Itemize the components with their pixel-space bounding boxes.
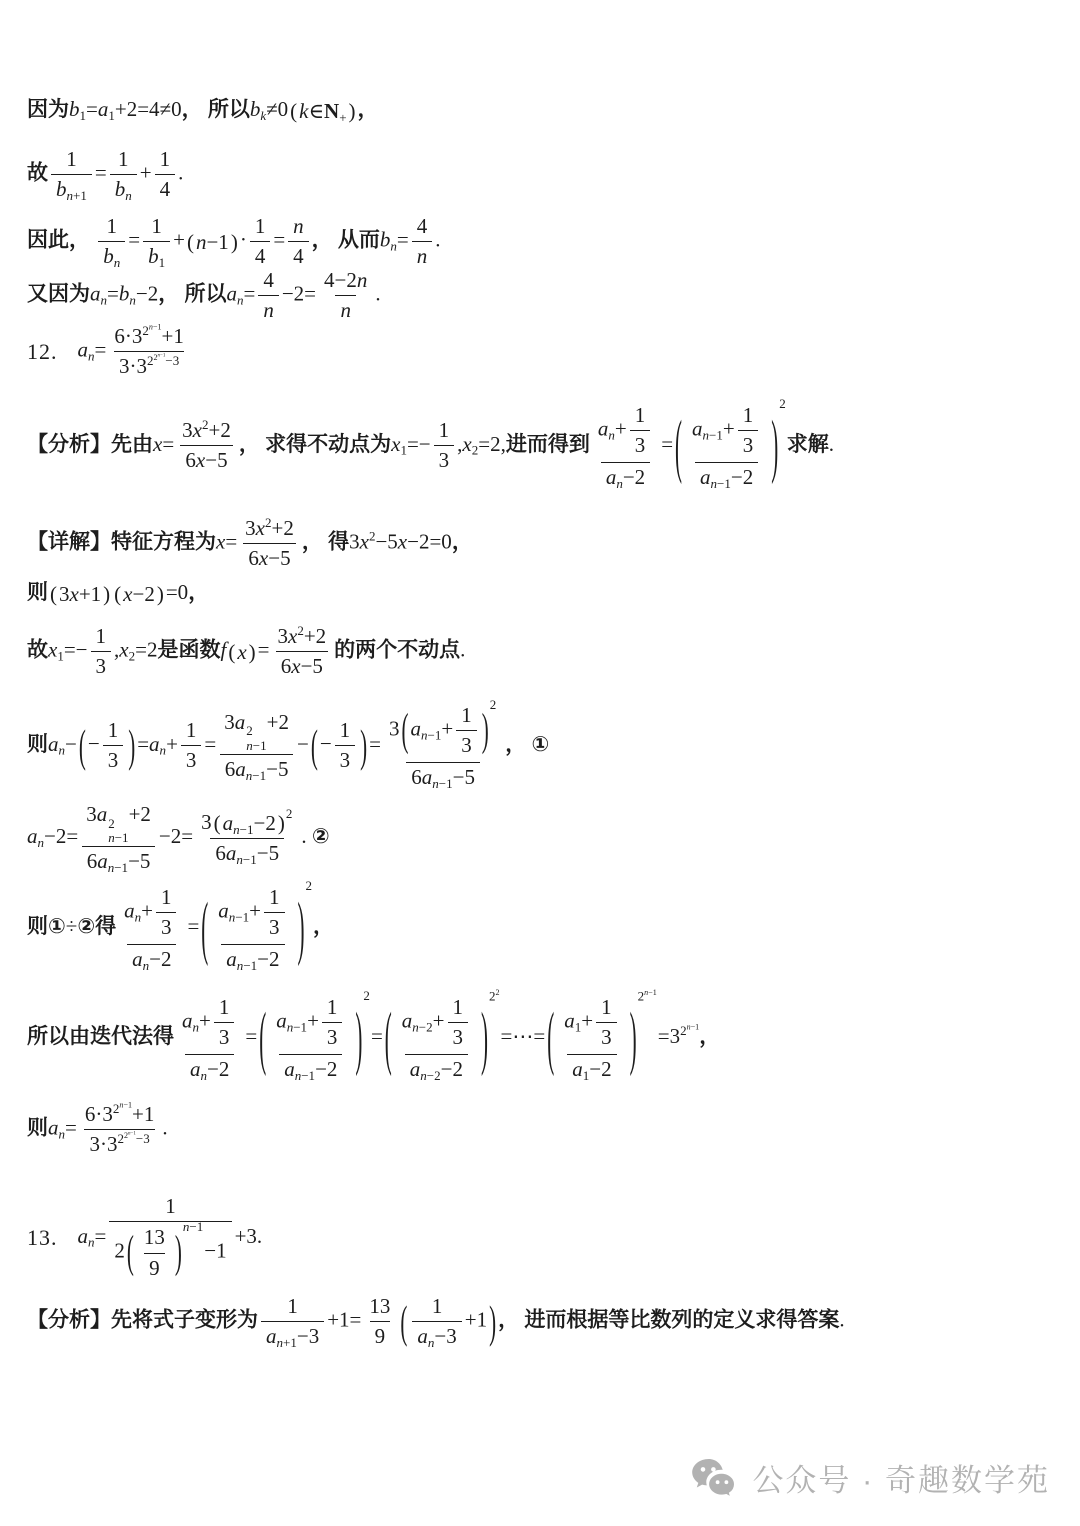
solution-line-2: 故1bn+1=1bn+14. <box>27 145 183 205</box>
problem-13-label: 13. <box>27 1223 58 1253</box>
document-page: 因为b1=a1+2=4≠0， 所以bk≠0(k∈N+)， 故1bn+1=1bn+… <box>0 0 1080 1526</box>
solution-line-1: 因为b1=a1+2=4≠0， 所以bk≠0(k∈N+)， <box>27 95 379 125</box>
wechat-icon <box>691 1458 739 1498</box>
problem-12-label: 12. <box>27 337 58 367</box>
problem-12: 12. an=6·32n−1+13·322n−1−3 <box>27 322 192 382</box>
problem-13: 13. an=12(139)n−1−1+3. <box>27 1192 262 1284</box>
watermark-text: 公众号 · 奇趣数学苑 <box>752 1455 1050 1500</box>
detail-12-line: 【详解】特征方程为x=3x2+26x−5， 得3x2−5x−2=0， <box>27 514 473 574</box>
watermark: 公众号 · 奇趣数学苑 <box>691 1455 1050 1500</box>
solution-line-9: 故x1=−13,x2=2是函数f(x)=3x2+26x−5的两个不动点. <box>27 622 465 682</box>
solution-line-8: 则(3x+1)(x−2)=0， <box>27 578 209 608</box>
iteration-line: 所以由迭代法得an+13an−2=(an−1+13an−1−2)2=(an−2+… <box>27 992 720 1084</box>
equation-1-line: 则an−(−13)=an+13=3a2n−1+26an−1−5−(−13)=3(… <box>27 700 549 792</box>
result-12-line: 则an=6·32n−1+13·322n−1−3. <box>27 1100 168 1160</box>
solution-line-4: 又因为an=bn−2， 所以an=4n−2=4−2nn. <box>27 266 381 326</box>
equation-2-line: an−2=3a2n−1+26an−1−5−2=3(an−1−2)26an−1−5… <box>27 800 330 876</box>
analysis-12-line: 【分析】先由x=3x2+26x−5， 求得不动点为x1=−13,x2=2,进而得… <box>27 400 834 492</box>
analysis-13-line: 【分析】先将式子变形为1an+1−3+1=139(1an−3+1)， 进而根据等… <box>27 1292 845 1352</box>
problem-13-formula: an=12(139)n−1−1+3. <box>78 1192 263 1284</box>
divide-result-line: 则①÷②得an+13an−2=(an−1+13an−1−2)2， <box>27 882 334 974</box>
solution-line-3: 因此， 1bn=1b1+(n−1)·14=n4， 从而bn=4n. <box>27 212 441 272</box>
problem-12-formula: an=6·32n−1+13·322n−1−3 <box>78 322 192 382</box>
